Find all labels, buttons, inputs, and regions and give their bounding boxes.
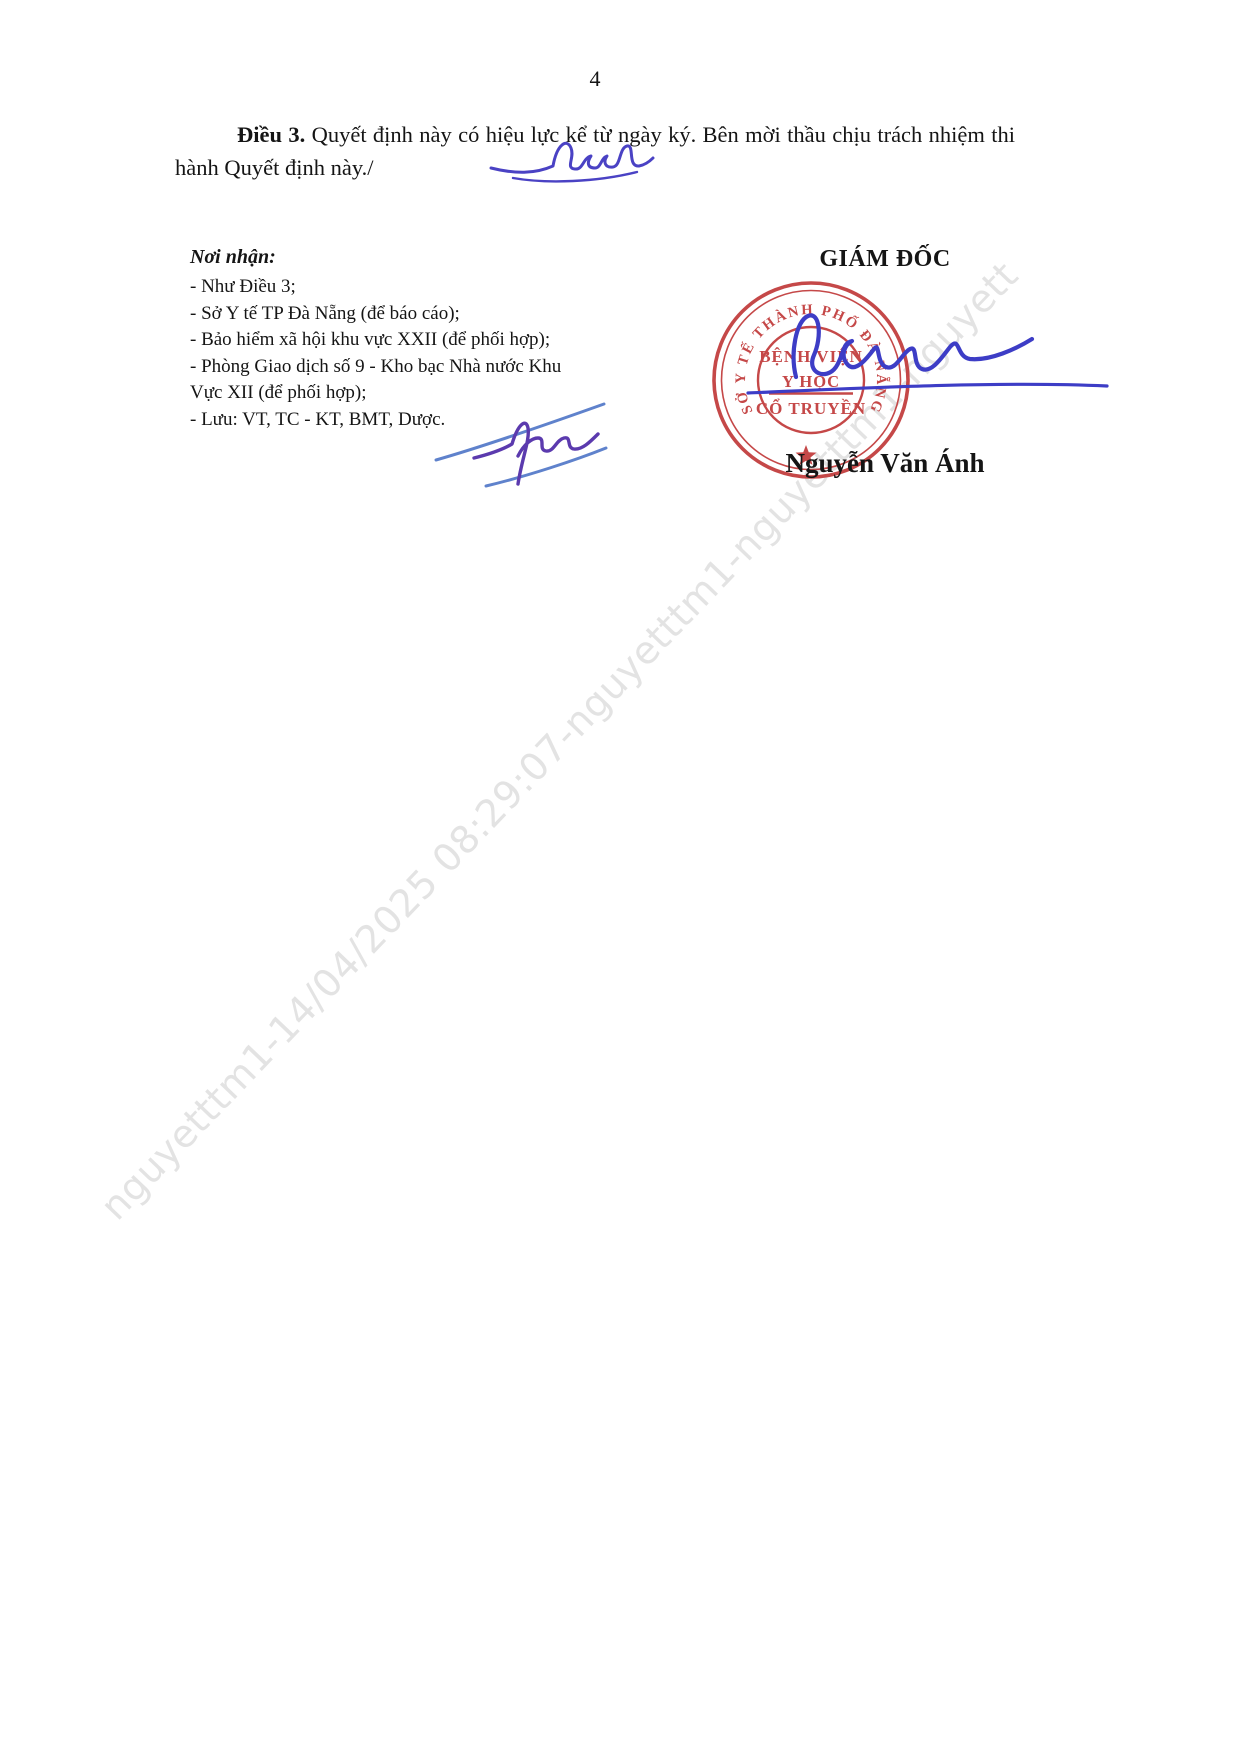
recipient-line: - Bảo hiểm xã hội khu vực XXII (để phối …	[190, 327, 620, 354]
recipient-line: - Phòng Giao dịch số 9 - Kho bạc Nhà nướ…	[190, 354, 620, 381]
page-number: 4	[175, 66, 1015, 92]
article-label: Điều 3.	[237, 122, 305, 147]
handwritten-director-signature	[630, 293, 1130, 411]
handwritten-initial-signature	[487, 122, 659, 192]
recipient-line: - Như Điều 3;	[190, 274, 620, 301]
recipients-heading: Nơi nhận:	[190, 246, 620, 269]
document-page: { "page": { "number": "4" }, "article": …	[0, 0, 1241, 1755]
recipient-line: - Sở Y tế TP Đà Nẵng (để báo cáo);	[190, 301, 620, 328]
handwritten-clerk-signature	[428, 396, 610, 490]
director-title: GIÁM ĐỐC	[765, 246, 1005, 273]
signer-name: Nguyễn Văn Ánh	[755, 448, 1015, 479]
